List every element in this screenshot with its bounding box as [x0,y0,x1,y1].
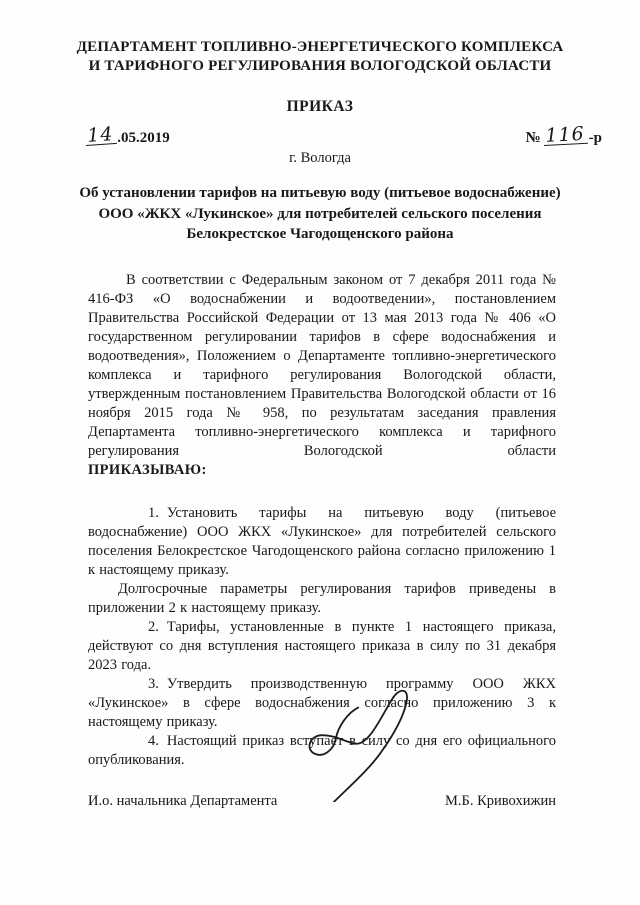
number-value-handwritten: 116 [543,125,588,146]
doc-title-line1: Об установлении тарифов на питьевую воду… [0,183,640,204]
item-number: 3. [118,675,159,694]
item-number: 4. [118,732,159,751]
org-name-line1: ДЕПАРТАМЕНТ ТОПЛИВНО-ЭНЕРГЕТИЧЕСКОГО КОМ… [0,38,640,57]
order-items: 1.Установить тарифы на питьевую воду (пи… [88,504,556,770]
order-item-3: 3.Утвердить производственную программу О… [88,675,556,732]
doc-title-line2: ООО «ЖКХ «Лукинское» для потребителей се… [0,204,640,225]
date-field: 14.05.2019 [86,127,170,149]
doc-type-label: ПРИКАЗ [0,97,640,116]
order-item-4: 4.Настоящий приказ вступает в силу со дн… [88,732,556,770]
org-name: ДЕПАРТАМЕНТ ТОПЛИВНО-ЭНЕРГЕТИЧЕСКОГО КОМ… [0,0,640,76]
date-month-year: .05.2019 [117,130,170,146]
doc-title: Об установлении тарифов на питьевую воду… [0,183,640,245]
document-body: В соответствии с Федеральным законом от … [88,271,556,770]
doc-number-field: № 116-р [526,127,602,149]
org-name-line2: И ТАРИФНОГО РЕГУЛИРОВАНИЯ ВОЛОГОДСКОЙ ОБ… [0,57,640,76]
preamble-paragraph: В соответствии с Федеральным законом от … [88,271,556,461]
date-day-handwritten: 14 [85,125,117,146]
item-text: Долгосрочные параметры регулирования тар… [88,581,556,616]
item-number: 1. [118,504,159,523]
city-line: г. Вологда [0,149,640,168]
number-sign: № [526,130,541,146]
signature-row: И.о. начальника Департамента М.Б. Кривох… [88,792,556,811]
order-item-2: 2.Тарифы, установленные в пункте 1 насто… [88,618,556,675]
document-page: ДЕПАРТАМЕНТ ТОПЛИВНО-ЭНЕРГЕТИЧЕСКОГО КОМ… [0,0,640,905]
signatory-position: И.о. начальника Департамента [88,792,277,811]
number-suffix: -р [589,130,602,146]
signatory-name: М.Б. Кривохижин [445,792,556,811]
doc-title-line3: Белокрестское Чагодощенского района [0,224,640,245]
order-item-1a: Долгосрочные параметры регулирования тар… [88,580,556,618]
resolve-keyword: ПРИКАЗЫВАЮ: [88,461,556,480]
order-item-1: 1.Установить тарифы на питьевую воду (пи… [88,504,556,580]
item-number: 2. [118,618,159,637]
date-number-row: 14.05.2019 № 116-р [0,127,640,149]
